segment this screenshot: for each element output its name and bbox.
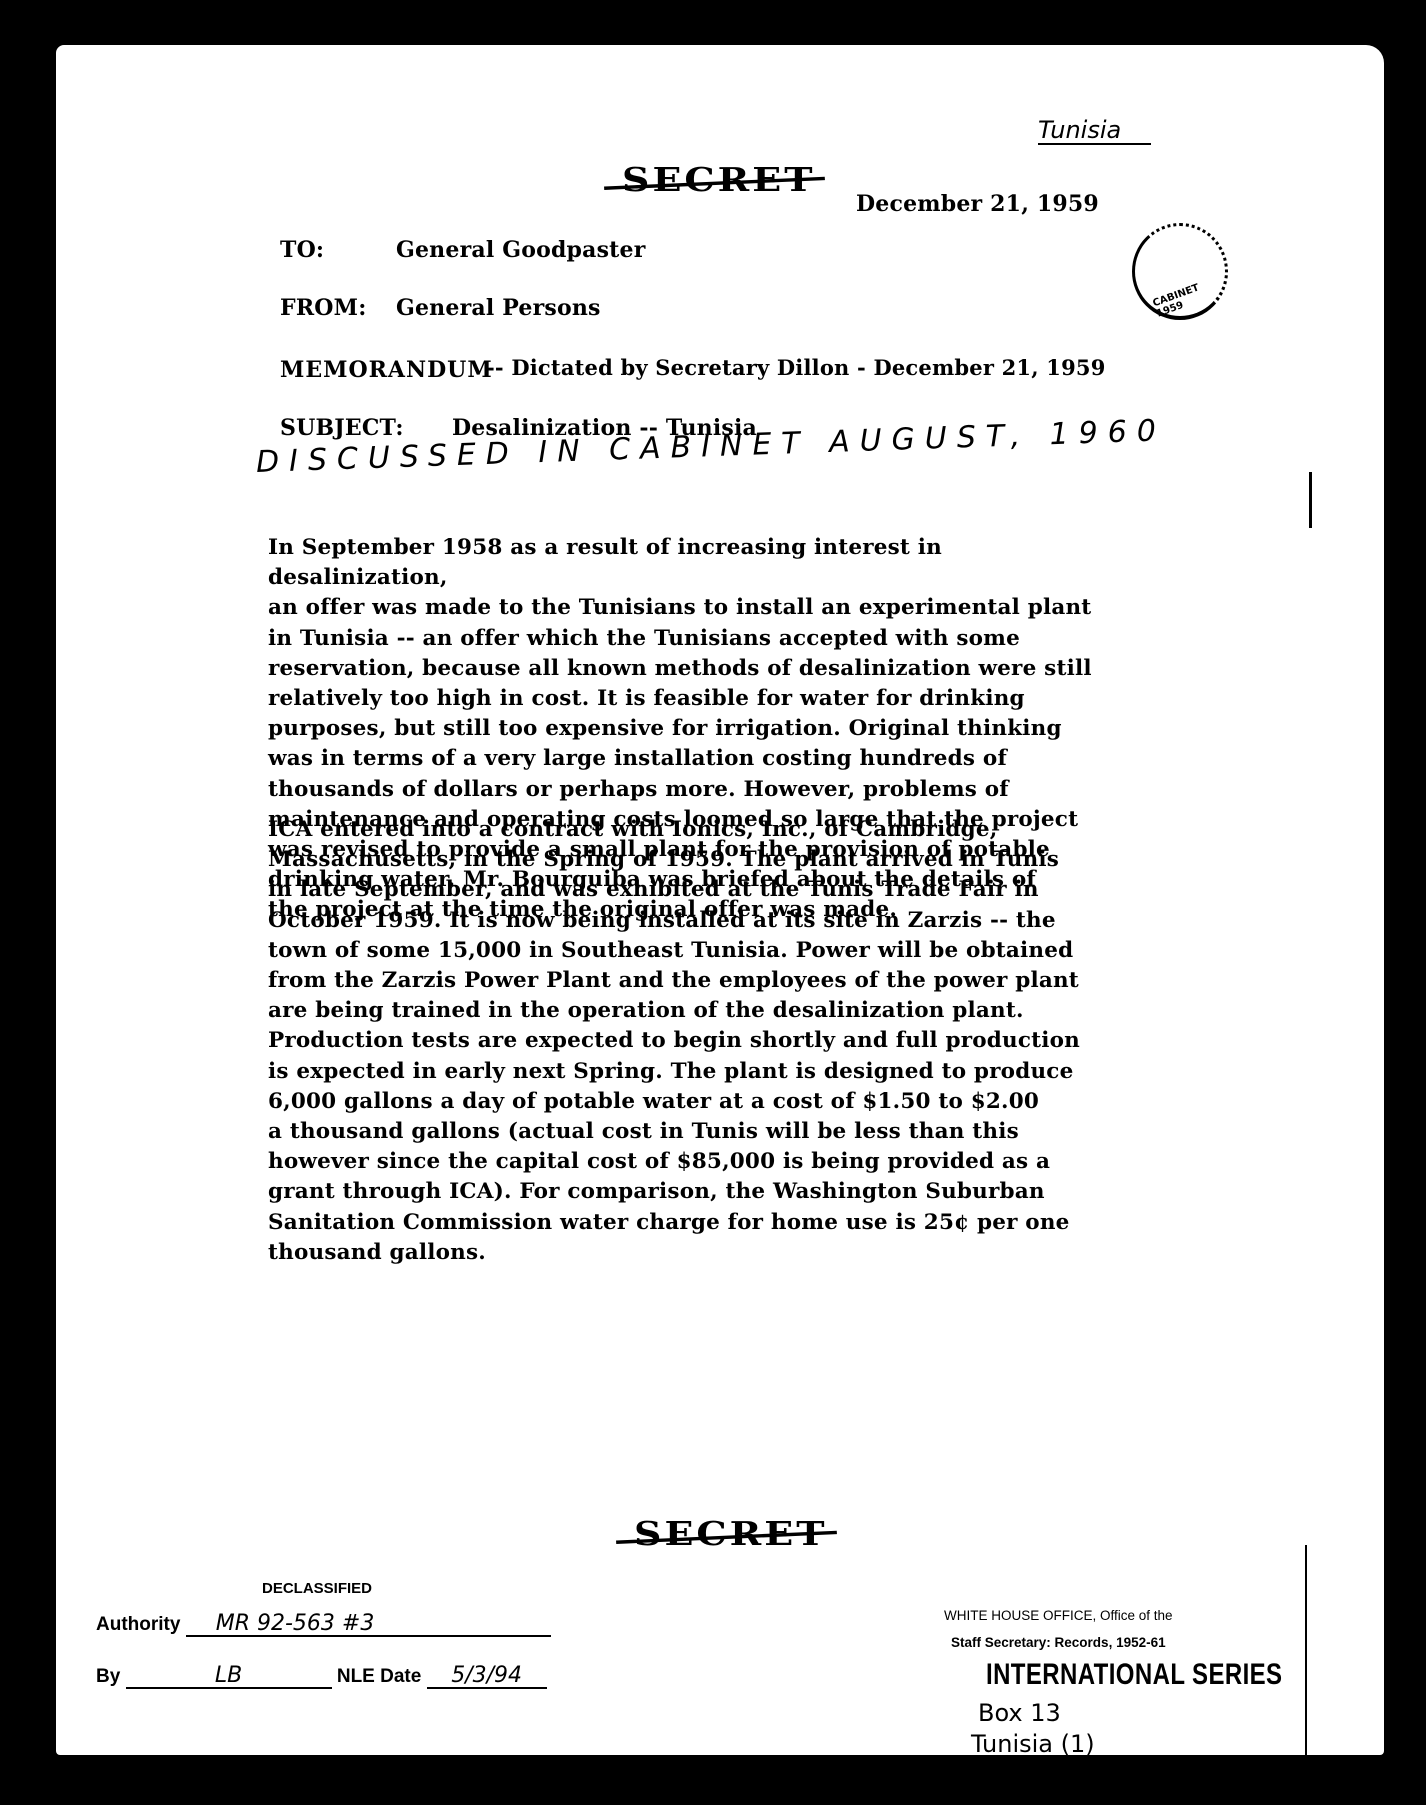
- memorandum-label: MEMORANDUM: [280, 357, 493, 383]
- margin-mark-upper: [1309, 472, 1312, 528]
- authority-row: Authority MR 92-563 #3: [96, 1613, 551, 1637]
- memorandum-value: -- Dictated by Secretary Dillon - Decemb…: [486, 355, 1106, 380]
- memo-date: December 21, 1959: [856, 191, 1099, 217]
- authority-label: Authority: [96, 1614, 180, 1635]
- subject-label: SUBJECT:: [280, 415, 404, 441]
- margin-mark-lower: [1305, 1545, 1307, 1755]
- receipt-stamp: CABINET 1959: [1132, 223, 1228, 320]
- by-row: By LB NLE Date 5/3/94: [96, 1665, 547, 1689]
- to-label: TO:: [280, 237, 324, 263]
- archive-series: INTERNATIONAL SERIES: [986, 1658, 1282, 1692]
- classification-stamp-top: SECRET: [622, 160, 815, 198]
- archive-line-1: WHITE HOUSE OFFICE, Office of the: [944, 1608, 1173, 1623]
- archive-folder: Tunisia (1): [971, 1730, 1095, 1758]
- archive-line-2: Staff Secretary: Records, 1952-61: [951, 1635, 1166, 1650]
- archive-box: Box 13: [978, 1699, 1061, 1727]
- top-handwritten-note: Tunisia: [1038, 117, 1151, 145]
- classification-stamp-bottom: SECRET: [634, 1514, 827, 1552]
- by-label: By: [96, 1666, 120, 1687]
- to-value: General Goodpaster: [396, 237, 646, 263]
- nle-date-label: NLE Date: [337, 1666, 421, 1687]
- declassified-heading: DECLASSIFIED: [262, 1580, 372, 1597]
- body-paragraph-2: ICA entered into a contract with Ionics,…: [268, 815, 1098, 1268]
- nle-date-value: 5/3/94: [427, 1665, 547, 1689]
- from-value: General Persons: [396, 295, 601, 321]
- document-page: Tunisia SECRET December 21, 1959 CABINET…: [56, 45, 1384, 1755]
- by-value: LB: [126, 1665, 332, 1689]
- receipt-stamp-text: CABINET 1959: [1151, 274, 1226, 319]
- authority-value: MR 92-563 #3: [186, 1613, 551, 1637]
- from-label: FROM:: [280, 295, 367, 321]
